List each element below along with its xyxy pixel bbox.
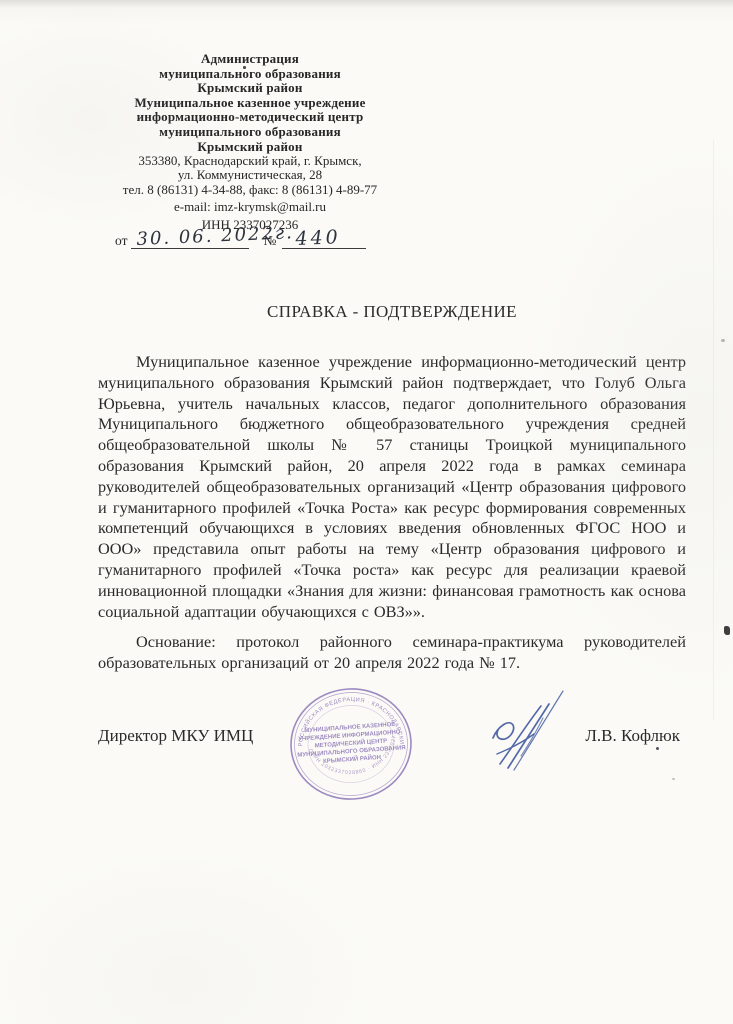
letterhead-address: ул. Коммунистическая, 28	[45, 168, 455, 182]
handwritten-number: 440	[295, 226, 341, 250]
letterhead-address: 353380, Краснодарский край, г. Крымск,	[45, 154, 455, 168]
letterhead-line: Муниципальное казенное учреждение	[45, 96, 455, 111]
letterhead-line: муниципального образования	[45, 67, 455, 82]
signer-position: Директор МКУ ИМЦ	[98, 726, 253, 746]
date-field: 30. 06. 2022г.	[131, 233, 249, 249]
letterhead-line: Крымский район	[45, 81, 455, 96]
signature-ink	[483, 684, 578, 782]
paragraph-main: Муниципальное казенное учреждение информ…	[98, 352, 686, 622]
official-stamp: РОССИЙСКАЯ ФЕДЕРАЦИЯ · КРАСНОДАРСКИЙ КРА…	[284, 682, 418, 807]
scan-edge-line	[713, 140, 714, 720]
letterhead-line: муниципального образования	[45, 125, 455, 140]
letterhead-email: e-mail: imz-krymsk@mail.ru	[45, 200, 455, 214]
reference-line: от30. 06. 2022г.№440	[45, 233, 455, 249]
signer-name: Л.В. Кофлюк	[585, 726, 680, 746]
scan-speck	[724, 626, 730, 635]
number-field: 440	[282, 233, 366, 249]
letterhead-phone: тел. 8 (86131) 4-34-88, факс: 8 (86131) …	[45, 183, 455, 197]
date-label: от	[115, 233, 127, 249]
scan-speck	[672, 778, 675, 780]
document-page: Администрация муниципального образования…	[0, 0, 733, 1024]
letterhead: Администрация муниципального образования…	[45, 52, 455, 249]
document-title: СПРАВКА - ПОДТВЕРЖДЕНИЕ	[98, 302, 686, 322]
scan-speck	[721, 339, 725, 342]
letterhead-line: Крымский район	[45, 140, 455, 155]
letterhead-line: информационно-методический центр	[45, 110, 455, 125]
scan-speck	[656, 747, 659, 750]
letterhead-line: Администрация	[45, 52, 455, 67]
document-body: Муниципальное казенное учреждение информ…	[98, 352, 686, 674]
paragraph-basis: Основание: протокол районного семинара-п…	[98, 632, 686, 674]
